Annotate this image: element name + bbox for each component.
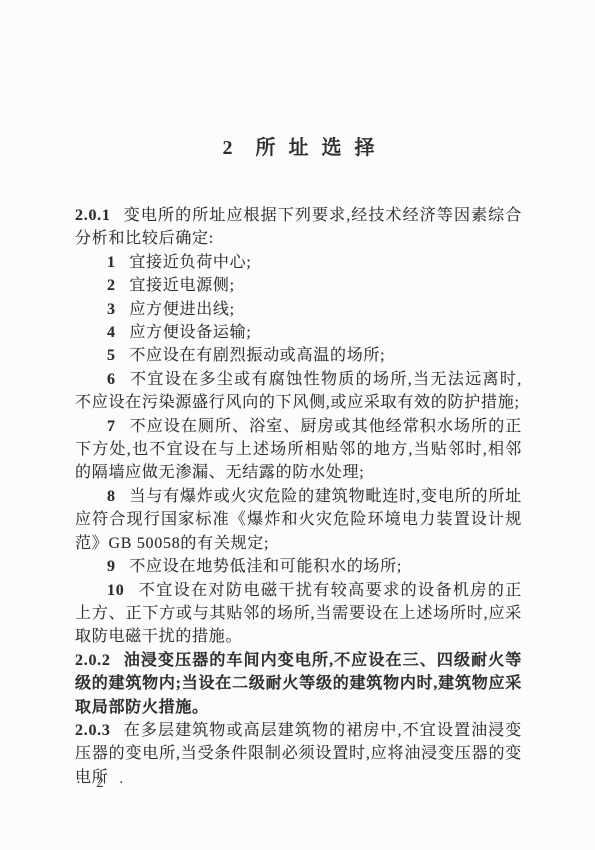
list-item-3: 3应方便进出线; <box>75 298 522 321</box>
list-item-9: 9不应设在地势低洼和可能积水的场所; <box>75 555 522 578</box>
list-item-5: 5不应设在有剧烈振动或高温的场所; <box>75 344 522 367</box>
item-4-number: 4 <box>107 324 116 341</box>
item-5-text: 不应设在有剧烈振动或高温的场所; <box>129 347 385 364</box>
item-9-number: 9 <box>107 558 116 575</box>
item-9-text: 不应设在地势低洼和可能积水的场所; <box>129 558 402 575</box>
item-6-number: 6 <box>107 371 116 388</box>
item-10-number: 10 <box>107 582 124 599</box>
chapter-title: 2所址选择 <box>75 131 522 160</box>
item-7-number: 7 <box>107 418 116 435</box>
list-item-1: 1宜接近负荷中心; <box>75 251 522 274</box>
clause-201: 2.0.1变电所的所址应根据下列要求,经技术经济等因素综合分析和比较后确定: <box>75 204 522 251</box>
item-10-text: 不宜设在对防电磁干扰有较高要求的设备机房的正上方、正下方或与其贴邻的场所,当需要… <box>75 582 522 646</box>
clause-202: 2.0.2油浸变压器的车间内变电所,不应设在三、四级耐火等级的建筑物内;当设在二… <box>75 649 522 719</box>
item-3-text: 应方便进出线; <box>129 301 235 318</box>
clause-201-number: 2.0.1 <box>75 207 111 224</box>
page-body: 2所址选择 2.0.1变电所的所址应根据下列要求,经技术经济等因素综合分析和比较… <box>75 131 522 789</box>
item-5-number: 5 <box>107 347 116 364</box>
item-1-number: 1 <box>107 254 116 271</box>
list-item-10: 10不宜设在对防电磁干扰有较高要求的设备机房的正上方、正下方或与其贴邻的场所,当… <box>75 579 522 649</box>
clause-203-text: 在多层建筑物或高层建筑物的裙房中,不宜设置油浸变压器的变电所,当受条件限制必须设… <box>75 722 522 786</box>
list-item-7: 7不应设在厕所、浴室、厨房或其他经常积水场所的正下方处,也不宜设在与上述场所相贴… <box>75 415 522 485</box>
clause-201-text: 变电所的所址应根据下列要求,经技术经济等因素综合分析和比较后确定: <box>75 207 522 247</box>
list-item-6: 6不宜设在多尘或有腐蚀性物质的场所,当无法远离时,不应设在污染源盛行风向的下风侧… <box>75 368 522 415</box>
item-8-number: 8 <box>107 488 116 505</box>
item-2-text: 宜接近电源侧; <box>129 277 235 294</box>
list-item-8: 8当与有爆炸或火灾危险的建筑物毗连时,变电所的所址应符合现行国家标准《爆炸和火灾… <box>75 485 522 555</box>
item-4-text: 应方便设备运输; <box>129 324 251 341</box>
chapter-number: 2 <box>223 137 233 159</box>
clause-202-number: 2.0.2 <box>75 652 111 669</box>
item-2-number: 2 <box>107 277 116 294</box>
item-1-text: 宜接近负荷中心; <box>129 254 251 271</box>
list-item-4: 4应方便设备运输; <box>75 321 522 344</box>
item-8-text: 当与有爆炸或火灾危险的建筑物毗连时,变电所的所址应符合现行国家标准《爆炸和火灾危… <box>75 488 522 552</box>
item-3-number: 3 <box>107 301 116 318</box>
item-6-text: 不宜设在多尘或有腐蚀性物质的场所,当无法远离时,不应设在污染源盛行风向的下风侧,… <box>75 371 522 411</box>
list-item-2: 2宜接近电源侧; <box>75 274 522 297</box>
clause-203: 2.0.3在多层建筑物或高层建筑物的裙房中,不宜设置油浸变压器的变电所,当受条件… <box>75 719 522 789</box>
page-number: · 2 · <box>76 775 130 792</box>
item-7-text: 不应设在厕所、浴室、厨房或其他经常积水场所的正下方处,也不宜设在与上述场所相贴邻… <box>75 418 522 482</box>
document-page: 2所址选择 2.0.1变电所的所址应根据下列要求,经技术经济等因素综合分析和比较… <box>0 0 595 850</box>
clause-202-text: 油浸变压器的车间内变电所,不应设在三、四级耐火等级的建筑物内;当设在二级耐火等级… <box>75 652 522 716</box>
clause-203-number: 2.0.3 <box>75 722 111 739</box>
chapter-title-text: 所址选择 <box>256 137 388 159</box>
